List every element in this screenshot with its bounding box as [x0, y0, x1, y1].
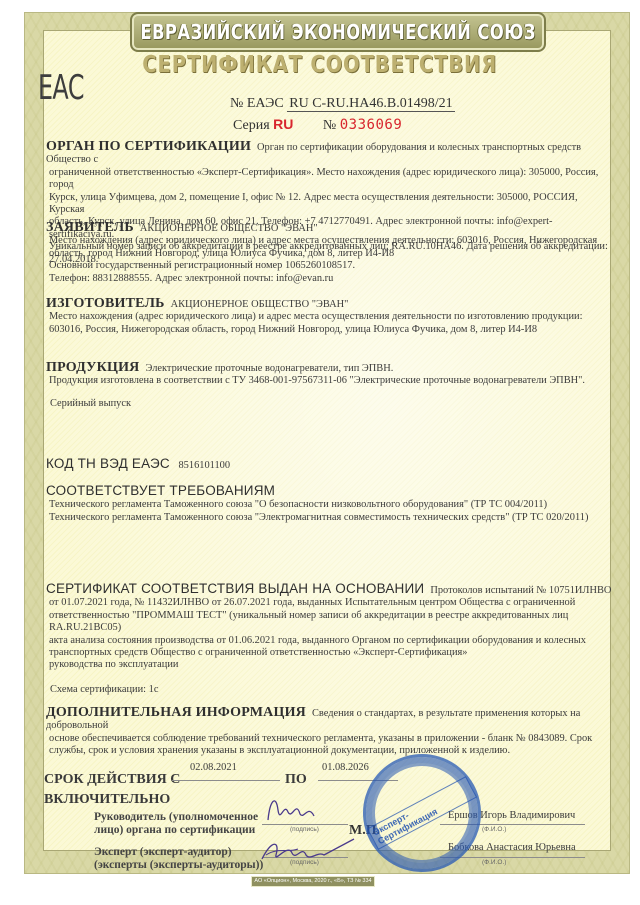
section-heading: КОД ТН ВЭД ЕАЭС: [46, 456, 170, 471]
validity-to: ПО: [285, 770, 307, 790]
section-line: Курск, улица Уфимцева, дом 2, помещение …: [46, 192, 612, 217]
date-from-underline: [172, 780, 280, 781]
section-additional-info: ДОПОЛНИТЕЛЬНАЯ ИНФОРМАЦИЯСведения о стан…: [46, 707, 612, 758]
section-heading: ПРОДУКЦИЯ: [46, 360, 139, 375]
head-label-line: лицо) органа по сертификации: [94, 824, 258, 837]
section-product: ПРОДУКЦИЯЭлектрические проточные водонаг…: [46, 362, 612, 388]
stamp-text: Эксперт-Сертификация: [367, 776, 477, 850]
section-line: службы, срок и условия хранения указаны …: [46, 745, 612, 757]
number-label: №: [323, 118, 336, 133]
certification-scheme: Схема сертификации: 1с: [50, 684, 158, 695]
eaeu-header-badge: ЕВРАЗИЙСКИЙ ЭКОНОМИЧЕСКИЙ СОЮЗ: [130, 12, 546, 52]
section-line: Телефон: 88312888555. Адрес электронной …: [46, 273, 612, 285]
expert-fio-line: [440, 857, 585, 858]
section-line: руководства по эксплуатации: [46, 659, 612, 671]
serial-production: Серийный выпуск: [50, 398, 131, 409]
blank-number-value: 0336069: [340, 117, 403, 133]
section-line: ответственностью "ПРОММАШ ТЕСТ" (уникаль…: [46, 610, 612, 622]
tnved-code-value: 8516101100: [178, 460, 230, 471]
section-line: 603016, Россия, Нижегородская область, г…: [46, 324, 612, 336]
section-line: от 01.07.2021 года, № 11432ИЛНВО от 26.0…: [46, 597, 612, 609]
section-tnved-code: КОД ТН ВЭД ЕАЭС 8516101100: [46, 458, 612, 472]
section-line: Место нахождения (адрес юридического лиц…: [46, 235, 612, 247]
section-heading: СООТВЕТСТВУЕТ ТРЕБОВАНИЯМ: [46, 483, 275, 498]
reg-prefix: № ЕАЭС: [230, 96, 284, 111]
head-label: Руководитель (уполномоченное лицо) орган…: [94, 811, 258, 837]
section-heading: СЕРТИФИКАТ СООТВЕТСТВИЯ ВЫДАН НА ОСНОВАН…: [46, 581, 424, 596]
expert-signature-icon: [258, 833, 358, 867]
union-title: ЕВРАЗИЙСКИЙ ЭКОНОМИЧЕСКИЙ СОЮЗ: [140, 20, 535, 44]
section-manufacturer: ИЗГОТОВИТЕЛЬАКЦИОНЕРНОЕ ОБЩЕСТВО "ЭВАН" …: [46, 298, 612, 336]
section-heading: ЗАЯВИТЕЛЬ: [46, 220, 134, 235]
section-line: основе обеспечивается соблюдение требова…: [46, 733, 612, 745]
section-lead: Протоколов испытаний № 10751ИЛНВО: [430, 585, 611, 596]
fio-caption: (Ф.И.О.): [482, 859, 506, 866]
section-line: Продукция изготовлена в соответствии с Т…: [46, 375, 612, 387]
fio-caption: (Ф.И.О.): [482, 826, 506, 833]
section-line: ограниченной ответственностью «Эксперт-С…: [46, 167, 612, 192]
section-heading: ИЗГОТОВИТЕЛЬ: [46, 296, 165, 311]
section-requirements: СООТВЕТСТВУЕТ ТРЕБОВАНИЯМ Технического р…: [46, 485, 612, 524]
section-line: Основной государственный регистрационный…: [46, 260, 612, 272]
validity-to-label: ПО: [285, 770, 307, 790]
section-line: транспортных средств Общество с ограниче…: [46, 647, 612, 659]
head-label-line: Руководитель (уполномоченное: [94, 811, 258, 824]
expert-label-line: (эксперты (эксперты-аудиторы)): [94, 859, 263, 872]
certificate-title-text: СЕРТИФИКАТ СООТВЕТСТВИЯ: [143, 52, 498, 78]
certificate-title: СЕРТИФИКАТ СООТВЕТСТВИЯ: [0, 52, 640, 78]
series-value: RU: [273, 116, 293, 132]
printer-info: АО «Опцион», Москва, 2020 г., «Б», ТЗ № …: [251, 876, 375, 887]
eac-logo-icon: ЕАС: [38, 68, 84, 108]
section-line: Технического регламента Таможенного союз…: [46, 499, 612, 511]
section-line: RA.RU.21ВС05): [46, 622, 612, 634]
section-line: Место нахождения (адрес юридического лиц…: [46, 311, 612, 323]
validity-from-date: 02.08.2021: [190, 762, 237, 773]
expert-label-line: Эксперт (эксперт-аудитор): [94, 846, 263, 859]
series-number: Серия RU № 0336069: [233, 116, 402, 134]
section-lead: АКЦИОНЕРНОЕ ОБЩЕСТВО "ЭВАН": [140, 223, 318, 234]
section-line: акта анализа состояния производства от 0…: [46, 635, 612, 647]
validity-to-date: 01.08.2026: [322, 762, 369, 773]
section-line: область, город Нижний Новгород, улица Юл…: [46, 248, 612, 260]
section-heading: ОРГАН ПО СЕРТИФИКАЦИИ: [46, 139, 251, 154]
section-line: Технического регламента Таможенного союз…: [46, 512, 612, 524]
section-applicant: ЗАЯВИТЕЛЬАКЦИОНЕРНОЕ ОБЩЕСТВО "ЭВАН" Мес…: [46, 222, 612, 285]
section-issue-basis: СЕРТИФИКАТ СООТВЕТСТВИЯ ВЫДАН НА ОСНОВАН…: [46, 583, 612, 672]
series-label: Серия: [233, 118, 270, 133]
head-signature-icon: [262, 790, 322, 830]
validity-inclusive-label: ВКЛЮЧИТЕЛЬНО: [44, 790, 180, 810]
expert-label: Эксперт (эксперт-аудитор) (эксперты (экс…: [94, 846, 263, 872]
validity-from-label: СРОК ДЕЙСТВИЯ С: [44, 770, 180, 790]
reg-number-value: RU C-RU.НА46.В.01498/21: [287, 96, 454, 112]
section-lead: АКЦИОНЕРНОЕ ОБЩЕСТВО "ЭВАН": [171, 299, 349, 310]
section-lead: Электрические проточные водонагреватели,…: [145, 363, 393, 374]
registration-number: № ЕАЭС RU C-RU.НА46.В.01498/21: [230, 96, 455, 112]
validity-period: СРОК ДЕЙСТВИЯ С ВКЛЮЧИТЕЛЬНО: [44, 770, 180, 810]
section-heading: ДОПОЛНИТЕЛЬНАЯ ИНФОРМАЦИЯ: [46, 705, 306, 720]
